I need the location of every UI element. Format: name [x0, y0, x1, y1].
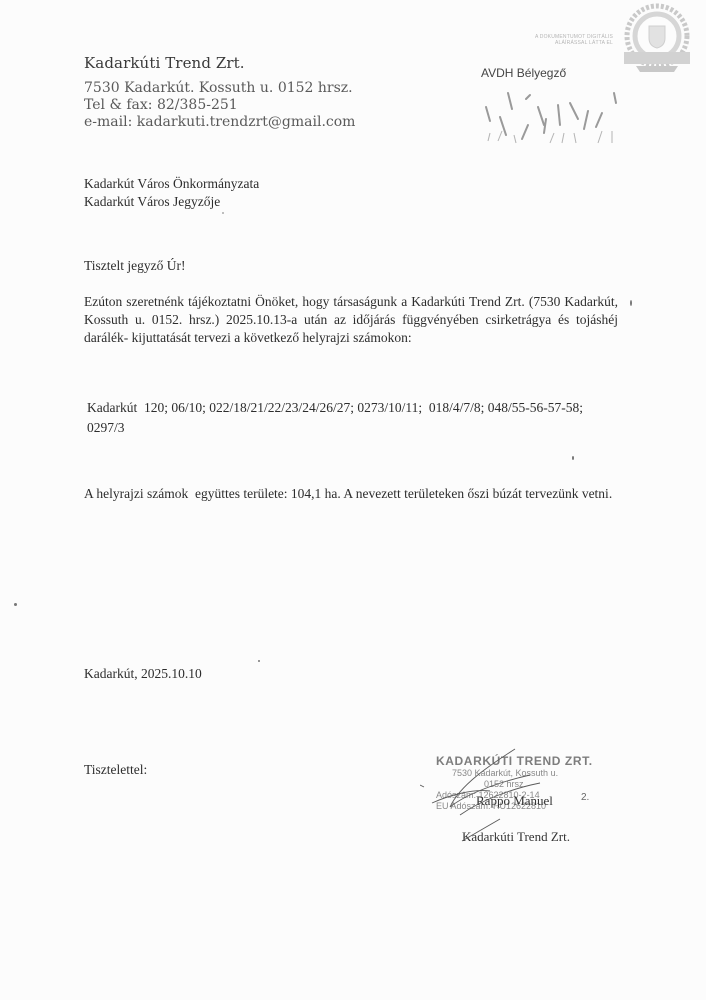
- wheat-emblem-icon: [478, 85, 618, 145]
- avdh-note-line2: ALÁÍRÁSSAL LÁTTA EL: [515, 40, 613, 46]
- salutation: Tisztelt jegyző Úr!: [84, 258, 186, 274]
- recipient-line2: Kadarkút Város Jegyzője: [84, 193, 259, 211]
- body-paragraph: Ezúton szeretnénk tájékoztatni Önöket, h…: [84, 293, 618, 347]
- parcel-numbers: Kadarkút 120; 06/10; 022/18/21/22/23/24/…: [87, 398, 619, 438]
- parcel-line2: 0297/3: [87, 418, 619, 438]
- scan-speck: [222, 212, 224, 214]
- scan-speck: [630, 300, 632, 306]
- handwritten-signature-icon: [420, 745, 590, 855]
- parcel-line1: Kadarkút 120; 06/10; 022/18/21/22/23/24/…: [87, 398, 619, 418]
- area-paragraph: A helyrajzi számok együttes területe: 10…: [84, 482, 618, 506]
- letterhead: Kadarkúti Trend Zrt. 7530 Kadarkút. Koss…: [84, 54, 355, 131]
- avdh-digital-signature-note: A DOKUMENTUMOT DIGITÁLIS ALÁÍRÁSSAL LÁTT…: [515, 34, 613, 46]
- avdh-stamp-label: AVDH Bélyegző: [481, 66, 566, 80]
- recipient-line1: Kadarkút Város Önkormányzata: [84, 175, 259, 193]
- scanned-letter-page: Kadarkúti Trend Zrt. 7530 Kadarkút. Koss…: [0, 0, 706, 1000]
- closing-greeting: Tisztelettel:: [84, 762, 147, 778]
- letterhead-phone: Tel & fax: 82/385-251: [84, 97, 355, 114]
- scan-speck: [14, 603, 17, 606]
- scan-speck: [572, 456, 574, 460]
- recipient-block: Kadarkút Város Önkormányzata Kadarkút Vá…: [84, 175, 259, 211]
- letterhead-address: 7530 Kadarkút. Kossuth u. 0152 hrsz.: [84, 80, 355, 97]
- scan-speck: [258, 660, 260, 662]
- government-seal-icon: [618, 2, 696, 78]
- letterhead-company: Kadarkúti Trend Zrt.: [84, 54, 355, 72]
- letterhead-email: e-mail: kadarkuti.trendzrt@gmail.com: [84, 114, 355, 131]
- place-and-date: Kadarkút, 2025.10.10: [84, 666, 202, 682]
